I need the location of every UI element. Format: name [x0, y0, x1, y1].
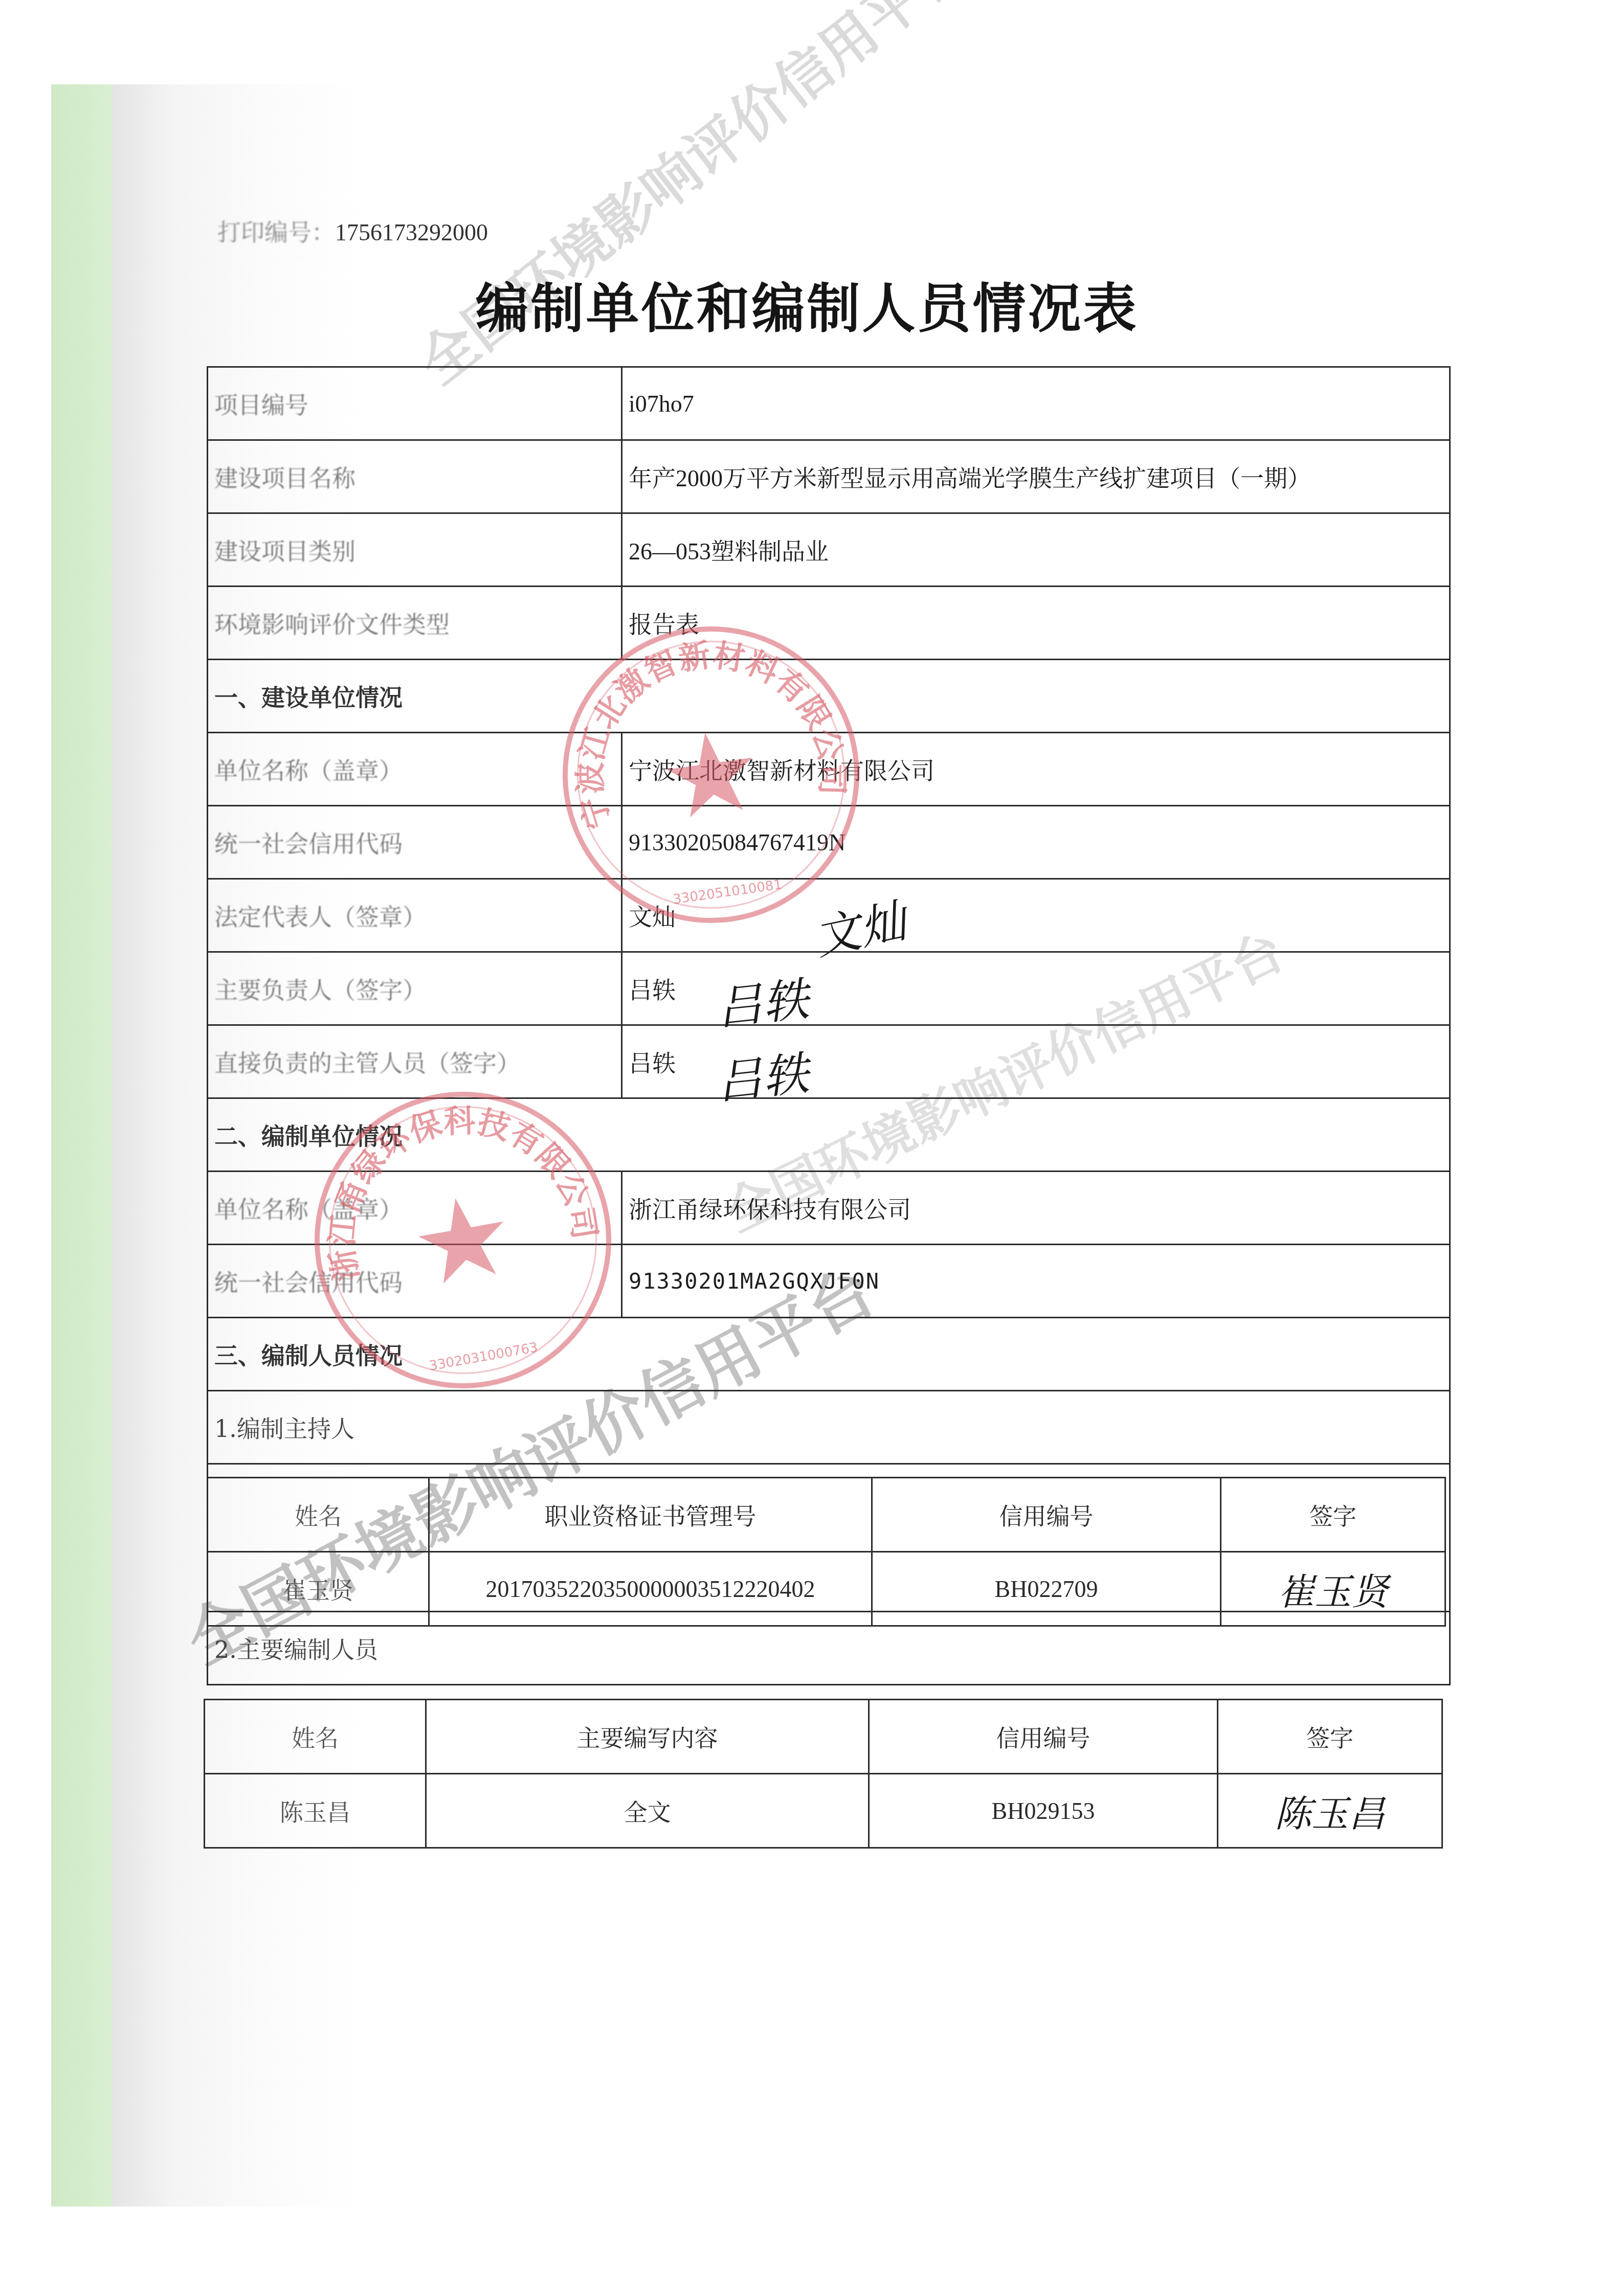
print-number-label: 打印编号： [217, 219, 335, 245]
header-credit-no: 信用编号 [869, 1700, 1218, 1774]
staff-credit-no: BH029153 [869, 1774, 1218, 1848]
supervisor: 吕轶 [622, 1025, 1450, 1098]
staff-content: 全文 [426, 1774, 869, 1848]
header-content: 主要编写内容 [426, 1700, 869, 1774]
row-label: 主要负责人（签字） [208, 952, 622, 1025]
header-credit-no: 信用编号 [872, 1478, 1221, 1552]
table-row: 建设项目名称 年产2000万平方米新型显示用高端光学膜生产线扩建项目（一期） [208, 440, 1450, 513]
table-row: 项目编号 i07ho7 [208, 367, 1450, 440]
legal-representative: 文灿 [622, 879, 1450, 952]
table-row: 陈玉昌 全文 BH029153 陈玉昌 [205, 1774, 1442, 1848]
staff-name: 陈玉昌 [205, 1774, 426, 1848]
project-number: i07ho7 [622, 367, 1450, 440]
row-label: 法定代表人（签章） [208, 879, 622, 952]
document-type: 报告表 [622, 587, 1450, 660]
row-label: 单位名称（盖章） [208, 733, 622, 806]
print-number: 打印编号：1756173292000 [217, 214, 488, 247]
subsection-row: 1.编制主持人 [208, 1391, 1450, 1464]
table-row: 主要负责人（签字） 吕轶 [208, 952, 1450, 1025]
row-label: 单位名称（盖章） [208, 1172, 622, 1245]
construction-unit-credit-code: 91330205084767419N [622, 806, 1450, 879]
table-row: 法定代表人（签章） 文灿 [208, 879, 1450, 952]
host-name: 崔玉贤 [208, 1552, 429, 1626]
row-label: 统一社会信用代码 [208, 806, 622, 879]
binding-strip [51, 84, 112, 2207]
table-row: 建设项目类别 26—053塑料制品业 [208, 513, 1450, 587]
host-table: 姓名 职业资格证书管理号 信用编号 签字 崔玉贤 201703522035000… [207, 1477, 1446, 1627]
table-row: 单位名称（盖章） 浙江甬绿环保科技有限公司 [208, 1172, 1450, 1245]
main-staff-table: 姓名 主要编写内容 信用编号 签字 陈玉昌 全文 BH029153 陈玉昌 [204, 1699, 1443, 1849]
table-row: 崔玉贤 2017035220350000003512220402 BH02270… [208, 1552, 1445, 1626]
row-label: 统一社会信用代码 [208, 1245, 622, 1318]
subsection-host: 1.编制主持人 [208, 1391, 1450, 1464]
table-row: 统一社会信用代码 91330205084767419N [208, 806, 1450, 879]
section-compiling-unit: 二、编制单位情况 [208, 1098, 1450, 1172]
header-name: 姓名 [205, 1700, 426, 1774]
table-row: 单位名称（盖章） 宁波江北激智新材料有限公司 [208, 733, 1450, 806]
compiling-unit-name: 浙江甬绿环保科技有限公司 [622, 1172, 1450, 1245]
row-label: 直接负责的主管人员（签字） [208, 1025, 622, 1098]
section-personnel: 三、编制人员情况 [208, 1318, 1450, 1391]
header-signature: 签字 [1218, 1700, 1442, 1774]
header-signature: 签字 [1221, 1478, 1445, 1552]
row-label: 建设项目类别 [208, 513, 622, 587]
page-title: 编制单位和编制人员情况表 [0, 266, 1624, 343]
section-row: 三、编制人员情况 [208, 1318, 1450, 1391]
table-row: 直接负责的主管人员（签字） 吕轶 [208, 1025, 1450, 1098]
host-signature: 崔玉贤 [1221, 1552, 1445, 1626]
row-label: 环境影响评价文件类型 [208, 587, 622, 660]
construction-unit-name: 宁波江北激智新材料有限公司 [622, 733, 1450, 806]
table-header-row: 姓名 职业资格证书管理号 信用编号 签字 [208, 1478, 1445, 1552]
section-row: 二、编制单位情况 [208, 1098, 1450, 1172]
principal: 吕轶 [622, 952, 1450, 1025]
project-category: 26—053塑料制品业 [622, 513, 1450, 587]
print-number-value: 1756173292000 [335, 219, 488, 245]
table-row: 环境影响评价文件类型 报告表 [208, 587, 1450, 660]
table-header-row: 姓名 主要编写内容 信用编号 签字 [205, 1700, 1442, 1774]
header-name: 姓名 [208, 1478, 429, 1552]
host-credit-no: BH022709 [872, 1552, 1221, 1626]
compiling-unit-credit-code: 91330201MA2GQXJF0N [622, 1245, 1450, 1318]
table-row: 统一社会信用代码 91330201MA2GQXJF0N [208, 1245, 1450, 1318]
section-construction-unit: 一、建设单位情况 [208, 660, 1450, 733]
host-cert-no: 2017035220350000003512220402 [429, 1552, 872, 1626]
row-label: 项目编号 [208, 367, 622, 440]
section-row: 一、建设单位情况 [208, 660, 1450, 733]
header-cert-no: 职业资格证书管理号 [429, 1478, 872, 1552]
staff-signature: 陈玉昌 [1218, 1774, 1442, 1848]
project-name: 年产2000万平方米新型显示用高端光学膜生产线扩建项目（一期） [622, 440, 1450, 513]
row-label: 建设项目名称 [208, 440, 622, 513]
